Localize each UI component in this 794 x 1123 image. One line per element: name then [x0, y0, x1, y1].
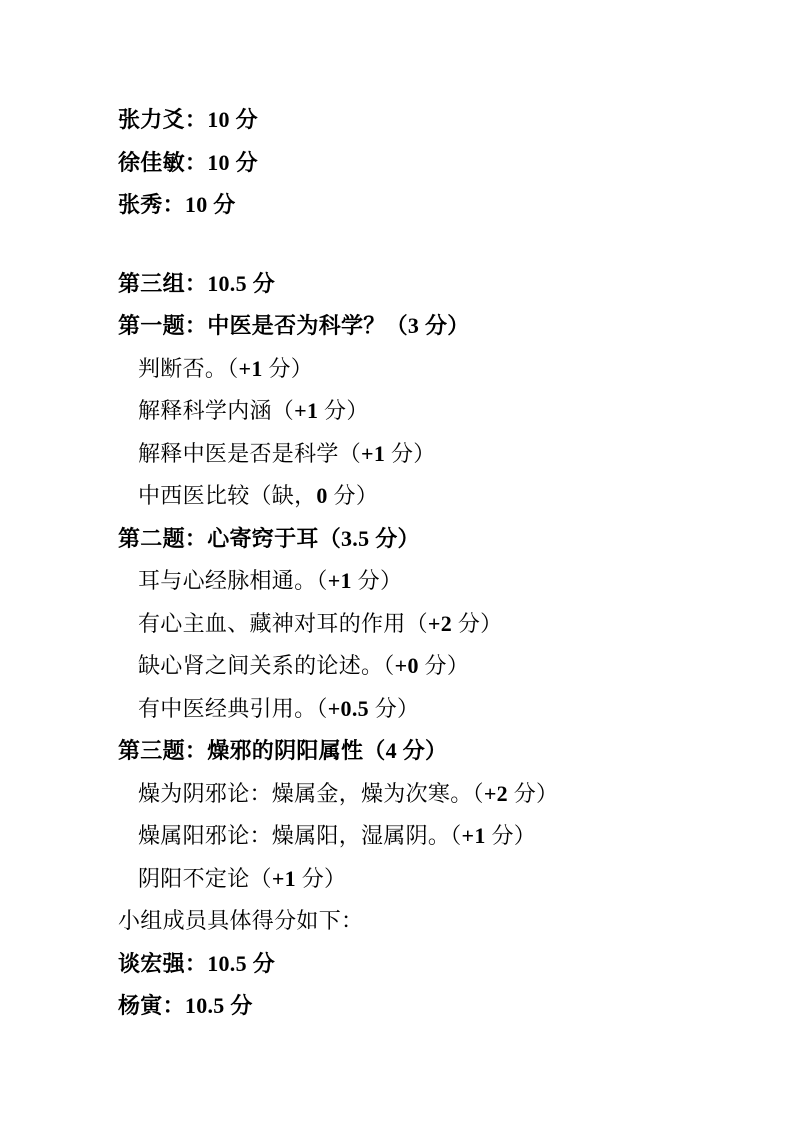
document-content: 张力爻：10 分徐佳敏：10 分张秀：10 分第三组：10.5 分第一题：中医是… — [118, 99, 704, 1028]
score-item: 解释科学内涵（+1 分） — [118, 390, 704, 433]
text-segment: 分） — [296, 866, 346, 891]
text-segment: +0.5 — [328, 696, 369, 721]
text-segment: 缺心肾之间关系的论述。（ — [138, 653, 395, 678]
text-segment: 阴阳不定论（ — [138, 866, 272, 891]
question-heading-2: 第二题：心寄窍于耳（3.5 分） — [118, 518, 704, 561]
text-segment: 耳与心经脉相通。（ — [138, 568, 328, 593]
text-segment: 燥为阴邪论：燥属金，燥为次寒。（ — [138, 781, 484, 806]
text-segment: +1 — [294, 398, 318, 423]
text-segment: 分） — [369, 696, 419, 721]
text-segment: 中西医比较（缺， — [138, 483, 316, 508]
score-item: 耳与心经脉相通。（+1 分） — [118, 560, 704, 603]
text-segment: 分） — [385, 441, 435, 466]
text-segment: 分） — [452, 611, 502, 636]
score-item: 燥为阴邪论：燥属金，燥为次寒。（+2 分） — [118, 773, 704, 816]
question-heading-1: 第一题：中医是否为科学？（3 分） — [118, 305, 704, 348]
score-item: 阴阳不定论（+1 分） — [118, 858, 704, 901]
text-segment: +2 — [428, 611, 452, 636]
text-segment: 分） — [263, 356, 313, 381]
text-segment: 解释中医是否是科学（ — [138, 441, 361, 466]
blank-line — [118, 227, 704, 263]
question-heading-3: 第三题：燥邪的阴阳属性（4 分） — [118, 730, 704, 773]
text-segment: +1 — [462, 823, 486, 848]
text-segment: 张力爻：10 分 — [118, 107, 258, 132]
text-segment: 杨寅：10.5 分 — [118, 993, 253, 1018]
text-segment: 分） — [352, 568, 402, 593]
member-score-yangyin: 杨寅：10.5 分 — [118, 985, 704, 1028]
text-segment: 有心主血、藏神对耳的作用（ — [138, 611, 428, 636]
text-segment: 0 — [316, 483, 327, 508]
text-segment: 分） — [508, 781, 558, 806]
text-segment: 第三组：10.5 分 — [118, 271, 275, 296]
text-segment: 张秀：10 分 — [118, 192, 236, 217]
score-item: 有中医经典引用。（+0.5 分） — [118, 688, 704, 731]
members-scores-intro: 小组成员具体得分如下： — [118, 900, 704, 943]
text-segment: +1 — [239, 356, 263, 381]
score-item: 解释中医是否是科学（+1 分） — [118, 433, 704, 476]
text-segment: 分） — [419, 653, 469, 678]
score-item: 中西医比较（缺，0 分） — [118, 475, 704, 518]
score-item: 有心主血、藏神对耳的作用（+2 分） — [118, 603, 704, 646]
text-segment: 第三题：燥邪的阴阳属性（4 分） — [118, 738, 447, 763]
score-item: 缺心肾之间关系的论述。（+0 分） — [118, 645, 704, 688]
text-segment: 分） — [486, 823, 536, 848]
text-segment: +1 — [272, 866, 296, 891]
text-segment: +1 — [361, 441, 385, 466]
text-segment: 第一题：中医是否为科学？（3 分） — [118, 313, 470, 338]
score-item: 燥属阳邪论：燥属阳，湿属阴。（+1 分） — [118, 815, 704, 858]
text-segment: +2 — [484, 781, 508, 806]
text-segment: 谈宏强：10.5 分 — [118, 951, 275, 976]
group-heading-third-group: 第三组：10.5 分 — [118, 263, 704, 306]
text-segment: 小组成员具体得分如下： — [118, 908, 363, 933]
document-page: 张力爻：10 分徐佳敏：10 分张秀：10 分第三组：10.5 分第一题：中医是… — [0, 0, 794, 1123]
text-segment: 分） — [328, 483, 378, 508]
text-segment: 燥属阳邪论：燥属阳，湿属阴。（ — [138, 823, 462, 848]
member-score-tanhongqiang: 谈宏强：10.5 分 — [118, 943, 704, 986]
text-segment: 分） — [318, 398, 368, 423]
member-score-zhangxiu: 张秀：10 分 — [118, 184, 704, 227]
text-segment: +1 — [328, 568, 352, 593]
text-segment: 徐佳敏：10 分 — [118, 150, 258, 175]
text-segment: 有中医经典引用。（ — [138, 696, 328, 721]
text-segment: +0 — [395, 653, 419, 678]
member-score-zhangliyao: 张力爻：10 分 — [118, 99, 704, 142]
member-score-xujiamin: 徐佳敏：10 分 — [118, 142, 704, 185]
text-segment: 第二题：心寄窍于耳（3.5 分） — [118, 526, 420, 551]
text-segment: 解释科学内涵（ — [138, 398, 294, 423]
text-segment: 判断否。（ — [138, 356, 239, 381]
score-item: 判断否。（+1 分） — [118, 348, 704, 391]
